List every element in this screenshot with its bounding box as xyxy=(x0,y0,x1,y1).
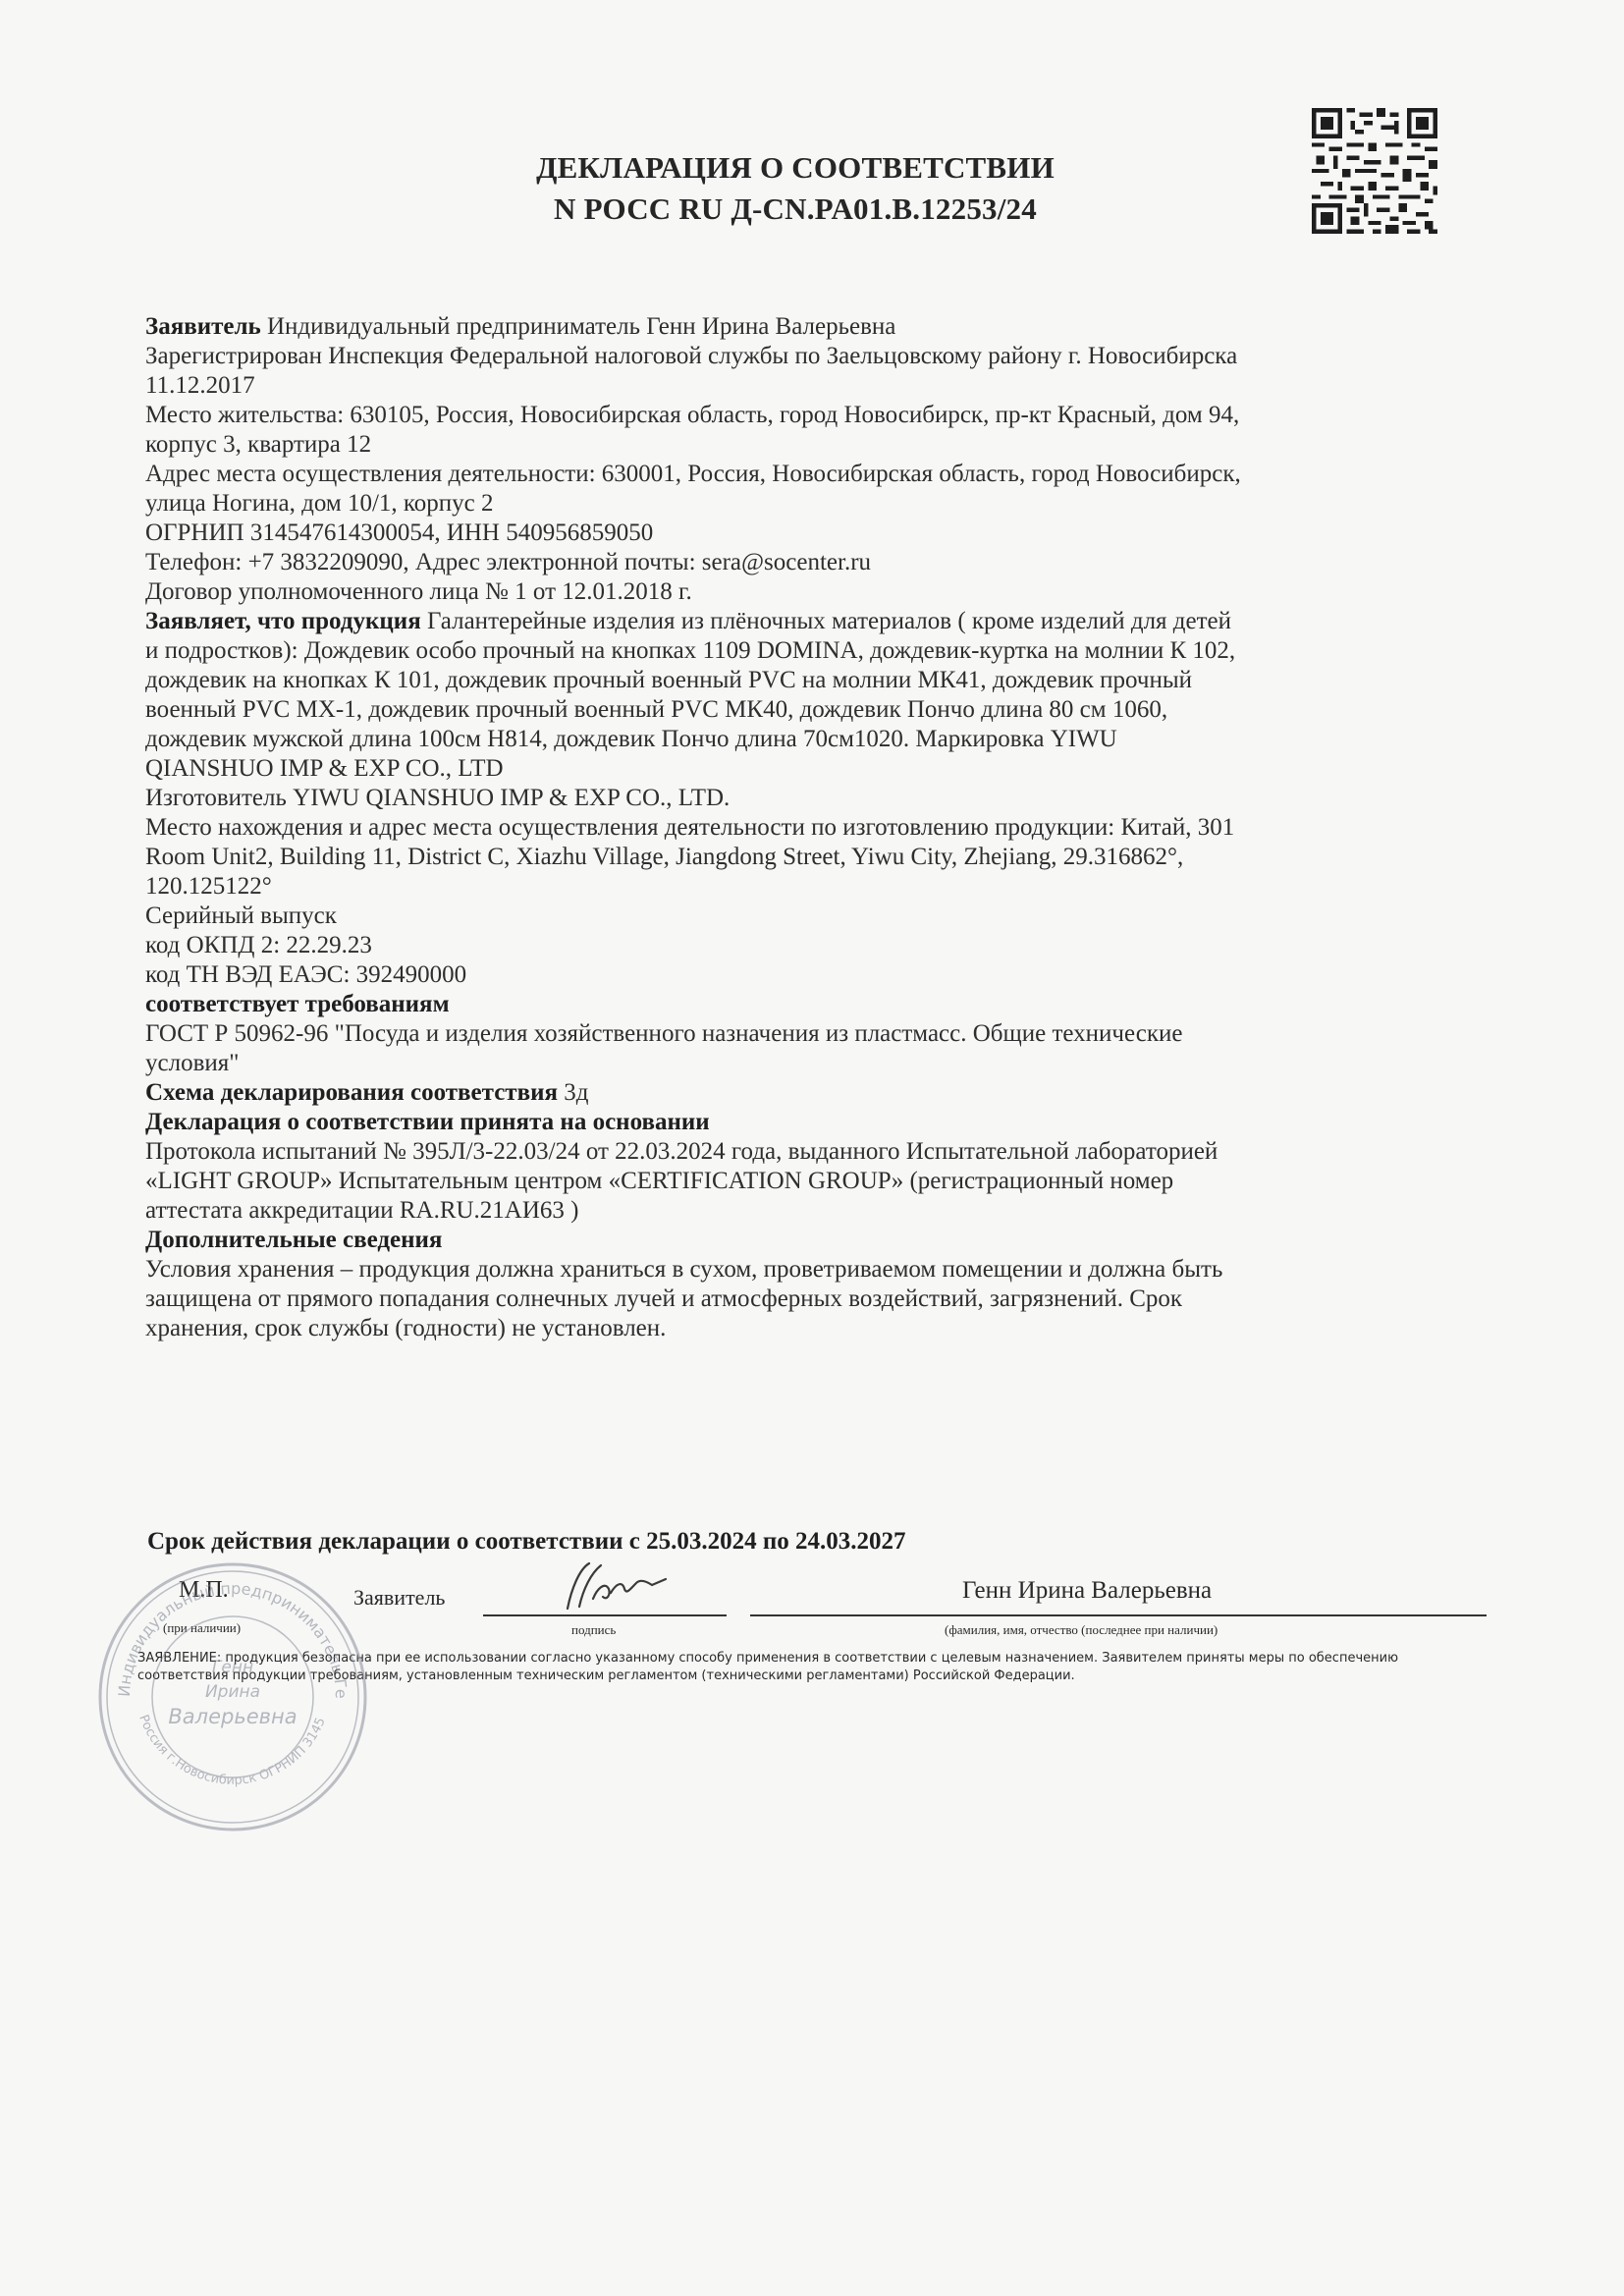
line-product: Заявляет, что продукция Галантерейные из… xyxy=(145,607,1500,636)
line-residence-cont: корпус 3, квартира 12 xyxy=(145,430,1500,460)
document-title: ДЕКЛАРАЦИЯ О СООТВЕТСТВИИ N РОСС RU Д-CN… xyxy=(412,147,1178,230)
heading-requirements: соответствует требованиям xyxy=(145,990,1500,1019)
line-protocol-cont: «LIGHT GROUP» Испытательным центром «CER… xyxy=(145,1167,1500,1196)
line-storage: Условия хранения – продукция должна хран… xyxy=(145,1255,1500,1285)
declaration-number: N РОСС RU Д-CN.PA01.B.12253/24 xyxy=(412,189,1178,230)
line-protocol: Протокола испытаний № 395Л/3-22.03/24 от… xyxy=(145,1137,1500,1167)
line-product-cont: дождевик мужской длина 100см H814, дожде… xyxy=(145,725,1500,754)
stamp-seal-icon: Индивидуальный предприниматель Генн Ирин… xyxy=(90,1550,375,1834)
signature-line xyxy=(483,1614,727,1616)
line-ogrnip-inn: ОГРНИП 314547614300054, ИНН 540956859050 xyxy=(145,519,1500,548)
applicant-name: Генн Ирина Валерьевна xyxy=(962,1577,1212,1605)
line-gost-cont: условия" xyxy=(145,1049,1500,1078)
line-activity-address: Адрес места осуществления деятельности: … xyxy=(145,460,1500,489)
signature-icon xyxy=(550,1559,687,1613)
line-contacts: Телефон: +7 3832209090, Адрес электронно… xyxy=(145,548,1500,577)
signature-sublabel: подпись xyxy=(571,1622,616,1638)
svg-text:Валерьевна: Валерьевна xyxy=(168,1705,297,1728)
line-manufacturer-address: Место нахождения и адрес места осуществл… xyxy=(145,813,1500,843)
line-contract: Договор уполномоченного лица № 1 от 12.0… xyxy=(145,577,1500,607)
title-heading: ДЕКЛАРАЦИЯ О СООТВЕТСТВИИ xyxy=(412,147,1178,189)
line-activity-address-cont: улица Ногина, дом 10/1, корпус 2 xyxy=(145,489,1500,519)
name-line xyxy=(750,1614,1487,1616)
heading-additional-info: Дополнительные сведения xyxy=(145,1226,1500,1255)
line-product-cont: и подростков): Дождевик особо прочный на… xyxy=(145,636,1500,666)
svg-text:Ирина: Ирина xyxy=(205,1682,260,1702)
heading-basis: Декларация о соответствии принята на осн… xyxy=(145,1108,1500,1137)
line-registration-date: 11.12.2017 xyxy=(145,371,1500,401)
qr-code-icon xyxy=(1310,108,1439,234)
svg-text:Генн: Генн xyxy=(212,1658,253,1677)
line-storage-cont: защищена от прямого попадания солнечных … xyxy=(145,1285,1500,1314)
line-scheme: Схема декларирования соответствия 3д xyxy=(145,1078,1500,1108)
line-applicant: Заявитель Индивидуальный предприниматель… xyxy=(145,312,1500,342)
line-product-cont: военный PVC MX-1, дождевик прочный военн… xyxy=(145,695,1500,725)
line-manufacturer-address-cont: 120.125122° xyxy=(145,872,1500,902)
line-tn-ved: код ТН ВЭД ЕАЭС: 392490000 xyxy=(145,960,1500,990)
line-manufacturer: Изготовитель YIWU QIANSHUO IMP & EXP CO.… xyxy=(145,784,1500,813)
line-serial-release: Серийный выпуск xyxy=(145,902,1500,931)
line-product-cont: QIANSHUO IMP & EXP CO., LTD xyxy=(145,754,1500,784)
line-gost: ГОСТ Р 50962-96 "Посуда и изделия хозяйс… xyxy=(145,1019,1500,1049)
name-sublabel: (фамилия, имя, отчество (последнее при н… xyxy=(945,1622,1218,1638)
line-okpd2: код ОКПД 2: 22.29.23 xyxy=(145,931,1500,960)
line-residence: Место жительства: 630105, Россия, Новоси… xyxy=(145,401,1500,430)
line-registered: Зарегистрирован Инспекция Федеральной на… xyxy=(145,342,1500,371)
line-protocol-cont: аттестата аккредитации RA.RU.21АИ63 ) xyxy=(145,1196,1500,1226)
line-manufacturer-address-cont: Room Unit2, Building 11, District C, Xia… xyxy=(145,843,1500,872)
line-product-cont: дождевик на кнопках К 101, дождевик проч… xyxy=(145,666,1500,695)
declaration-body: Заявитель Индивидуальный предприниматель… xyxy=(145,312,1500,1343)
declaration-page: ДЕКЛАРАЦИЯ О СООТВЕТСТВИИ N РОСС RU Д-CN… xyxy=(0,0,1624,2296)
line-storage-cont: хранения, срок службы (годности) не уста… xyxy=(145,1314,1500,1343)
